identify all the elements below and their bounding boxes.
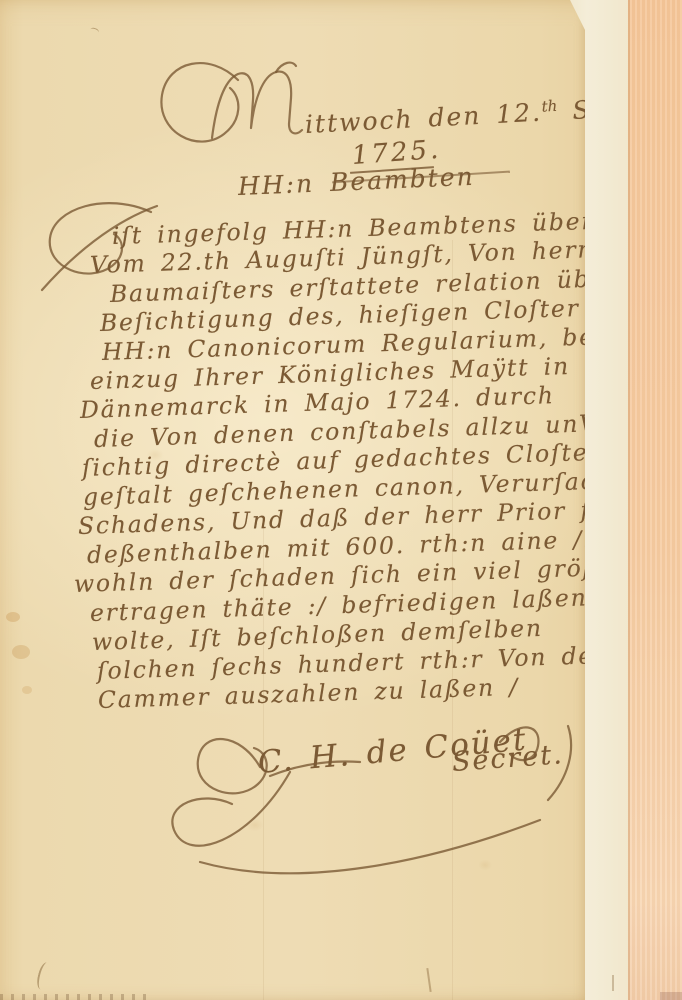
- letter-body: iſt ingefolg HH:n Beambtens überkombſt V…: [70, 222, 615, 715]
- manuscript-photo: ittwoch den 12.th Septembris 1725. HH:n …: [0, 0, 682, 1000]
- calligraphic-initial-m-icon: [150, 50, 330, 170]
- paper-stain: [22, 686, 32, 694]
- page-bottom-specks: [0, 994, 150, 1000]
- page-bottom-speck: [612, 975, 614, 991]
- paper-stain: [12, 645, 30, 659]
- backdrop-surface: [628, 0, 682, 1000]
- dateline-superscript: th: [541, 97, 558, 116]
- paper-mark: [89, 27, 100, 36]
- letter-page: ittwoch den 12.th Septembris 1725. HH:n …: [0, 0, 585, 1000]
- page-bottom-blob: [660, 992, 682, 1000]
- paper-stain: [6, 612, 20, 622]
- dateline-part1: ittwoch den 12.: [304, 98, 542, 139]
